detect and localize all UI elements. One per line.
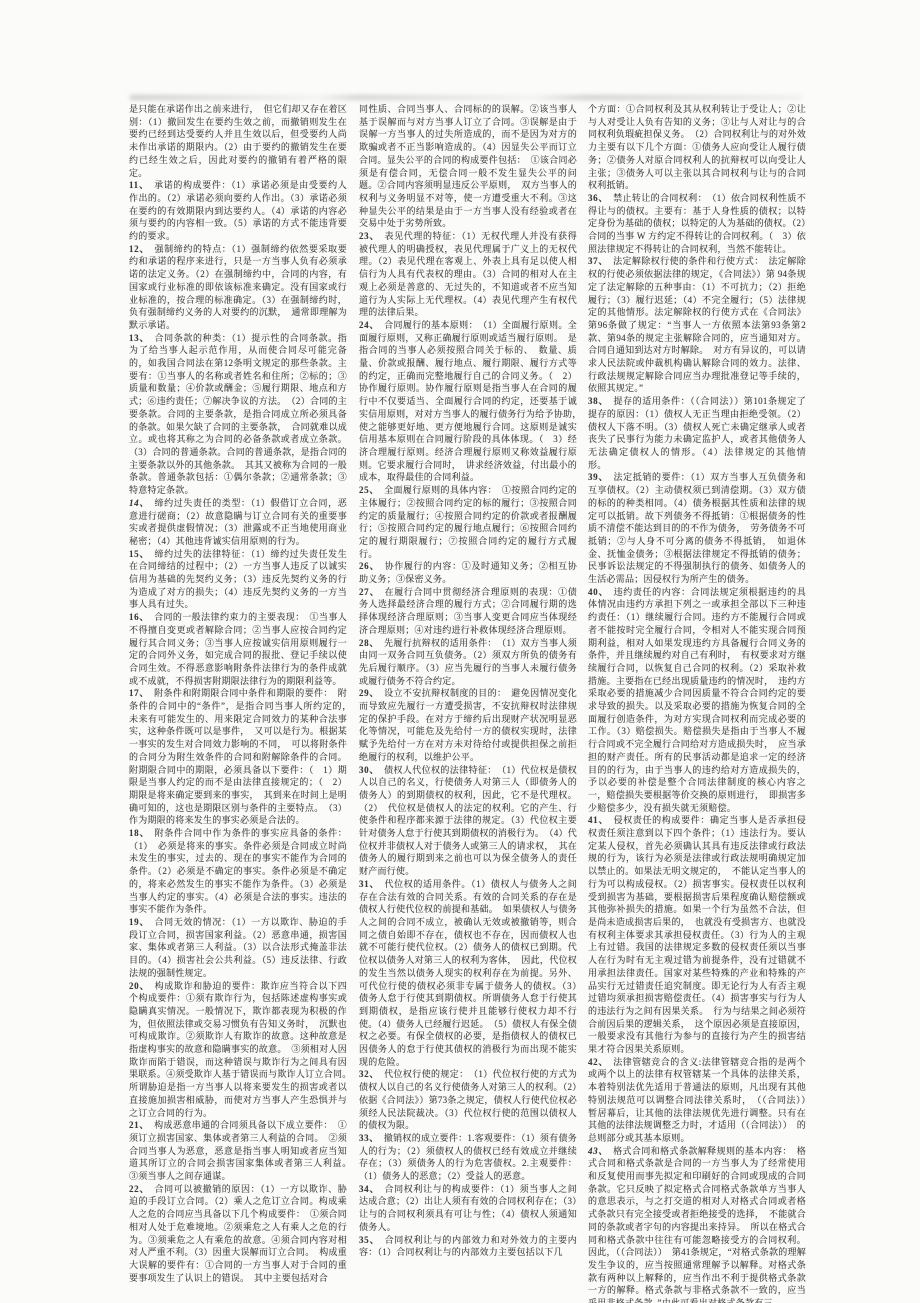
item-number: 23、	[359, 231, 380, 241]
item-number: 24、	[359, 320, 379, 330]
paragraph: 16、合同的一般法律约束力的主要表现： ①当事人不得擅自变更或者解除合同；②当事…	[129, 611, 347, 687]
paragraph: 40、违约责任的内容：合同法规定须根据违约的具体情况由违约方承担下列之一或承担全…	[588, 586, 806, 815]
item-number: 14、	[129, 498, 150, 508]
item-number: 19、	[129, 917, 150, 927]
paragraph: 35、合同权利让与的内部效力和对外效力的主要内容：（1）合同权利让与的内部效力主…	[359, 1234, 577, 1259]
item-number: 39、	[588, 472, 609, 482]
paragraph-text: 附条件合同中作为条件的事实应具备的条件：（1） 必须是将来的事实。条件必须是合同…	[129, 828, 347, 914]
item-number: 27、	[359, 587, 380, 597]
paragraph: 13、合同条款的种类：（1）提示性的合同条款。指为了给当事人起示范作用，从而使合…	[129, 332, 347, 497]
paragraph-text: 是只能在承诺作出之前来进行， 但它们却又存在着区别：（1）撤回发生在要约生效之前…	[129, 104, 347, 178]
paragraph-text: 法定抵销的要件：（1）双方当事人互负债务和互享债权。（2）主动债权须已到清偿期。…	[588, 472, 806, 584]
paragraph: 19、合同无效的情况：（1）一方以欺诈、胁迫的手段订立合同，损害国家利益。（2）…	[129, 916, 347, 980]
item-number: 20、	[129, 981, 150, 991]
paragraph-text: 合同权利让与的内部效力和对外效力的主要内容：（1）合同权利让与的内部效力主要包括…	[359, 1235, 577, 1258]
paragraph: 14、缔约过失责任的类型：（1）假借订立合同，恶意进行磋商；（2）故意隐瞒与订立…	[129, 497, 347, 548]
paragraph-text: 全面履行原则的具体内容： ①按照合同约定的主体履行；②按照合同约定的标的履行；③…	[359, 485, 586, 559]
paragraph-text: 协作履行的内容：①及时通知义务；②相互协助义务；③保密义务。	[359, 561, 577, 584]
paragraph: 43、格式合同和格式条款解释规则的基本内容： 格式合同和格式条款是合同的一方当事…	[588, 1145, 806, 1303]
paragraph: 36、禁止转让的合同权利： （1）依合同权利性质不得让与的债权。主要有：基于人身…	[588, 192, 806, 256]
paragraph-text: 承诺的构成要件：（1）承诺必须是由受要约人作出的。（2）承诺必须向要约人作出。（…	[129, 180, 347, 241]
paragraph: 同性质、合同当事人、合同标的的误解。②该当事人基于误解而与对方当事人订立了合同。…	[359, 103, 577, 230]
item-number: 13、	[129, 333, 150, 343]
item-number: 16、	[129, 612, 149, 622]
item-number: 26、	[359, 561, 380, 571]
paragraph: 41、侵权责任的构成要件：确定当事人是否承担侵权责任须注意到以下四个条件；（1）…	[588, 814, 806, 1055]
paragraph: 11、承诺的构成要件：（1）承诺必须是由受要约人作出的。（2）承诺必须向要约人作…	[129, 179, 347, 243]
paragraph: 个方面：①合同权利及其从权利转让于受让人；②让与人对受让人负有告知的义务；③让与…	[588, 103, 806, 192]
paragraph-text: 构成欺诈和胁迫的要件：欺诈应当符合以下四个构成要件：①须有欺诈行为，包括陈述虚构…	[129, 981, 356, 1118]
paragraph: 32、代位权行使的规定： （1）代位权行使的方式为债权人以自己的名义行使债务人对…	[359, 1068, 577, 1132]
paragraph-text: 格式合同和格式条款解释规则的基本内容： 格式合同和格式条款是合同的一方当事人为了…	[588, 1146, 806, 1303]
item-number: 41、	[588, 815, 609, 825]
paragraph-text: 缔约过失责任的类型：（1）假借订立合同，恶意进行磋商；（2）故意隐瞒与订立合同有…	[129, 498, 347, 546]
paragraph: 15、缔约过失的法律特征：（1）缔约过失责任发生在合同缔结的过程中；（2）一方当…	[129, 548, 347, 612]
item-number: 36、	[588, 193, 608, 203]
paragraph-text: 附条件和附期限合同中条件和期限的要件： 附条件的合同中的“条件”，是指合同当事人…	[129, 688, 356, 825]
paragraph-text: 代位权的适用条件。（1）债权人与债务人之间存在合法有效的合同关系。有效的合同关系…	[359, 879, 586, 1067]
item-number: 33、	[359, 1133, 379, 1143]
paragraph-text: 表见代理的特征：（1）无权代理人并没有获得被代理人的明确授权，表见代理属于广义上…	[359, 231, 577, 317]
item-number: 28、	[359, 638, 379, 648]
paragraph-text: 禁止转让的合同权利： （1）依合同权利性质不得让与的债权。主要有：基于人身性质的…	[588, 193, 806, 254]
paragraph-text: 同性质、合同当事人、合同标的的误解。②该当事人基于误解而与对方当事人订立了合同。…	[359, 104, 577, 228]
paragraph: 42、法律管辖竞合的含义:法律管辖竞合指的是两个或两个以上的法律有权管辖某一个具…	[588, 1056, 806, 1145]
scan-artifact-smudge	[130, 95, 802, 100]
paragraph-text: 侵权责任的构成要件：确定当事人是否承担侵权责任须注意到以下四个条件；（1）违法行…	[588, 815, 806, 1054]
text-column-right: 个方面：①合同权利及其从权利转让于受让人；②让与人对受让人负有告知的义务；③让与…	[588, 103, 806, 1303]
item-number: 30、	[359, 765, 379, 775]
paragraph-text: 先履行抗辩权的适用条件： （1）双方当事人须由同一双务合同互负债务。（2）须双方…	[359, 638, 577, 686]
item-number: 22、	[129, 1184, 150, 1194]
paragraph: 27、在履行合同中贯彻经济合理原则的表现：①债务人选择最经济合理的履行方式；②合…	[359, 586, 577, 637]
paragraph-text: 违约责任的内容：合同法规定须根据违约的具体情况由违约方承担下列之一或承担全部以下…	[588, 587, 806, 813]
item-number: 12、	[129, 244, 150, 254]
item-number: 18、	[129, 828, 150, 838]
item-number: 38、	[588, 396, 608, 406]
paragraph-text: 提存的适用条件：（（合同法））第101条规定了提存的原因：（1）债权人无正当理由…	[588, 396, 815, 470]
item-number: 34、	[359, 1184, 380, 1194]
item-number: 25、	[359, 485, 379, 495]
paragraph-text: 设立不安抗辩权制度的目的： 避免因情况变化而导致应先履行一方遭受损害，不安抗辩权…	[359, 688, 577, 762]
paragraph: 12、强制缔约的特点：（1）强制缔约依然要采取要约和承诺的程序来进行，只是一方当…	[129, 243, 347, 332]
paragraph-text: 合同权利让与的构成要件：（1）须当事人之间达成合意；（2）出让人须有有效的合同权…	[359, 1184, 577, 1232]
paragraph: 是只能在承诺作出之前来进行， 但它们却又存在着区别：（1）撤回发生在要约生效之前…	[129, 103, 347, 179]
item-number: 17、	[129, 688, 149, 698]
paragraph-text: 合同条款的种类：（1）提示性的合同条款。指为了给当事人起示范作用，从而使合同尽可…	[129, 333, 347, 495]
text-column-left: 是只能在承诺作出之前来进行， 但它们却又存在着区别：（1）撤回发生在要约生效之前…	[129, 103, 347, 1284]
paragraph: 38、提存的适用条件：（（合同法））第101条规定了提存的原因：（1）债权人无正…	[588, 395, 806, 471]
text-column-middle: 同性质、合同当事人、合同标的的误解。②该当事人基于误解而与对方当事人订立了合同。…	[359, 103, 577, 1259]
paragraph: 20、构成欺诈和胁迫的要件：欺诈应当符合以下四个构成要件：①须有欺诈行为，包括陈…	[129, 980, 347, 1120]
paragraph: 29、设立不安抗辩权制度的目的： 避免因情况变化而导致应先履行一方遭受损害，不安…	[359, 687, 577, 763]
item-number: 43、	[588, 1146, 608, 1156]
paragraph: 24、合同履行的基本原则： （1）全面履行原则。全面履行原则，又称正确履行原则或…	[359, 319, 577, 484]
paragraph: 23、表见代理的特征：（1）无权代理人并没有获得被代理人的明确授权，表见代理属于…	[359, 230, 577, 319]
paragraph: 25、全面履行原则的具体内容： ①按照合同约定的主体履行；②按照合同约定的标的履…	[359, 484, 577, 560]
item-number: 21、	[129, 1120, 149, 1130]
paragraph: 26、协作履行的内容：①及时通知义务；②相互协助义务；③保密义务。	[359, 560, 577, 585]
paragraph-text: 合同可以被撤销的原因：（1）一方以欺诈、胁迫的手段订立合同。（2）乘人之危订立合…	[129, 1184, 347, 1283]
paragraph: 21、构成恶意串通的合同须具备以下成立要件： ①须订立损害国家、集体或者第三人利…	[129, 1119, 347, 1183]
paragraph: 34、合同权利让与的构成要件：（1）须当事人之间达成合意；（2）出让人须有有效的…	[359, 1183, 577, 1234]
paragraph: 18、附条件合同中作为条件的事实应具备的条件：（1） 必须是将来的事实。条件必须…	[129, 827, 347, 916]
item-number: 35、	[359, 1235, 380, 1245]
paragraph: 31、代位权的适用条件。（1）债权人与债务人之间存在合法有效的合同关系。有效的合…	[359, 878, 577, 1069]
item-number: 31、	[359, 879, 380, 889]
paragraph-text: 构成恶意串通的合同须具备以下成立要件： ①须订立损害国家、集体或者第三人利益的合…	[129, 1120, 356, 1181]
paragraph-text: 缔约过失的法律特征：（1）缔约过失责任发生在合同缔结的过程中；（2）一方当事人违…	[129, 549, 347, 610]
document-page: 是只能在承诺作出之前来进行， 但它们却又存在着区别：（1）撤回发生在要约生效之前…	[0, 0, 920, 1303]
item-number: 37、	[588, 256, 608, 266]
paragraph: 33、撤销权的成立要件：1.客观要件：（1）须有债务人的行为；（2）须债权人的债…	[359, 1132, 577, 1183]
item-number: 29、	[359, 688, 379, 698]
paragraph: 30、债权人代位权的法律特征： （1）代位权是债权人以自己的名义，行使债务人对第…	[359, 764, 577, 878]
paragraph-text: 法定解除权行使的条件和行使方式： 法定解除权的行使必须依据法律的规定，《合同法》…	[588, 256, 806, 393]
item-number: 42、	[588, 1057, 608, 1067]
item-number: 11、	[129, 180, 149, 190]
paragraph-text: 法律管辖竞合的含义:法律管辖竞合指的是两个或两个以上的法律有权管辖某一个具体的法…	[588, 1057, 815, 1143]
paragraph: 39、法定抵销的要件：（1）双方当事人互负债务和互享债权。（2）主动债权须已到清…	[588, 471, 806, 585]
item-number: 15、	[129, 549, 150, 559]
paragraph-text: 在履行合同中贯彻经济合理原则的表现：①债务人选择最经济合理的履行方式；②合同履行…	[359, 587, 577, 635]
paragraph-text: 强制缔约的特点：（1）强制缔约依然要采取要约和承诺的程序来进行，只是一方当事人负…	[129, 244, 347, 330]
paragraph-text: 代位权行使的规定： （1）代位权行使的方式为债权人以自己的名义行使债务人对第三人…	[359, 1069, 577, 1130]
paragraph-text: 债权人代位权的法律特征： （1）代位权是债权人以自己的名义，行使债务人对第三人（…	[359, 765, 577, 877]
paragraph: 17、附条件和附期限合同中条件和期限的要件： 附条件的合同中的“条件”，是指合同…	[129, 687, 347, 827]
item-number: 40、	[588, 587, 609, 597]
paragraph-text: 个方面：①合同权利及其从权利转让于受让人；②让与人对受让人负有告知的义务；③让与…	[588, 104, 806, 190]
paragraph-text: 合同无效的情况：（1）一方以欺诈、胁迫的手段订立合同，损害国家利益。（2）恶意串…	[129, 917, 347, 978]
paragraph: 28、先履行抗辩权的适用条件： （1）双方当事人须由同一双务合同互负债务。（2）…	[359, 637, 577, 688]
item-number: 32、	[359, 1069, 379, 1079]
paragraph: 37、法定解除权行使的条件和行使方式： 法定解除权的行使必须依据法律的规定，《合…	[588, 255, 806, 395]
paragraph-text: 合同的一般法律约束力的主要表现： ①当事人不得擅自变更或者解除合同；②当事人应按…	[129, 612, 347, 686]
paragraph-text: 合同履行的基本原则： （1）全面履行原则。全面履行原则，又称正确履行原则或适当履…	[359, 320, 586, 482]
paragraph-text: 撤销权的成立要件：1.客观要件：（1）须有债务人的行为；（2）须债权人的债权已经…	[359, 1133, 577, 1181]
paragraph: 22、合同可以被撤销的原因：（1）一方以欺诈、胁迫的手段订立合同。（2）乘人之危…	[129, 1183, 347, 1285]
